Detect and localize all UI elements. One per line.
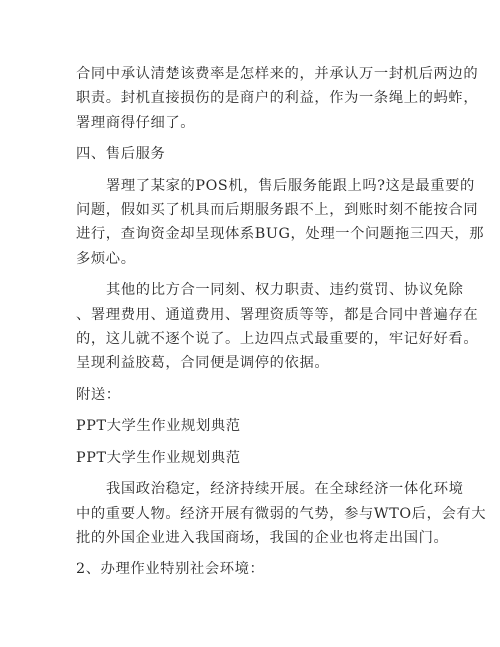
appendix-label: 附送： [76, 383, 428, 407]
text-line: 附送： [76, 383, 428, 407]
heading-text: 2、办理作业特别社会环境： [76, 557, 428, 581]
text-line: 署理商得仔细了。 [76, 111, 428, 135]
ppt-title-2: PPT大学生作业规划典范 [76, 446, 428, 470]
text-line: 中的重要人物。经济开展有微弱的气势，参与WTO后，会有大 [76, 502, 428, 526]
text-line: 进行，查询资金却呈现体系BUG，处理一个问题拖三四天，那 [76, 222, 428, 246]
text-line: 问题，假如买了机具而后期服务跟不上，到账时刻不能按合同 [76, 198, 428, 222]
text-line: 职责。封机直接损伤的是商户的利益，作为一条绳上的蚂蚱， [76, 86, 428, 110]
text-line: 的，这儿就不逐个说了。上边四点式最重要的，牢记好好看。 [76, 327, 428, 351]
section-heading-after-sales: 四、售后服务 [76, 142, 428, 166]
heading-text: 四、售后服务 [76, 142, 428, 166]
text-line: 署理了某家的POS机，售后服务能跟上吗?这是最重要的 [76, 174, 428, 198]
document-page: 合同中承认清楚该费率是怎样来的，并承认万一封机后两边的 职责。封机直接损伤的是商… [76, 62, 428, 582]
text-line: 合同中承认清楚该费率是怎样来的，并承认万一封机后两边的 [76, 62, 428, 86]
ppt-title-1: PPT大学生作业规划典范 [76, 414, 428, 438]
text-line: 、署理费用、通道费用、署理资质等等，都是合同中普遍存在 [76, 303, 428, 327]
text-line: PPT大学生作业规划典范 [76, 414, 428, 438]
text-line: 多烦心。 [76, 247, 428, 271]
section-heading-social-env: 2、办理作业特别社会环境： [76, 557, 428, 581]
paragraph-politics-economy: 我国政治稳定，经济持续开展。在全球经济一体化环境 中的重要人物。经济开展有微弱的… [76, 477, 428, 550]
paragraph-contract-fee: 合同中承认清楚该费率是怎样来的，并承认万一封机后两边的 职责。封机直接损伤的是商… [76, 62, 428, 135]
paragraph-other-terms: 其他的比方合一同刻、权力职责、违约赏罚、协议免除 、署理费用、通道费用、署理资质… [76, 278, 428, 376]
text-line: 呈现利益胶葛，合同便是调停的依据。 [76, 351, 428, 375]
text-line: 我国政治稳定，经济持续开展。在全球经济一体化环境 [76, 477, 428, 501]
text-line: 其他的比方合一同刻、权力职责、违约赏罚、协议免除 [76, 278, 428, 302]
paragraph-after-sales: 署理了某家的POS机，售后服务能跟上吗?这是最重要的 问题，假如买了机具而后期服… [76, 174, 428, 272]
text-line: 批的外国企业进入我国商场，我国的企业也将走出国门。 [76, 526, 428, 550]
text-line: PPT大学生作业规划典范 [76, 446, 428, 470]
